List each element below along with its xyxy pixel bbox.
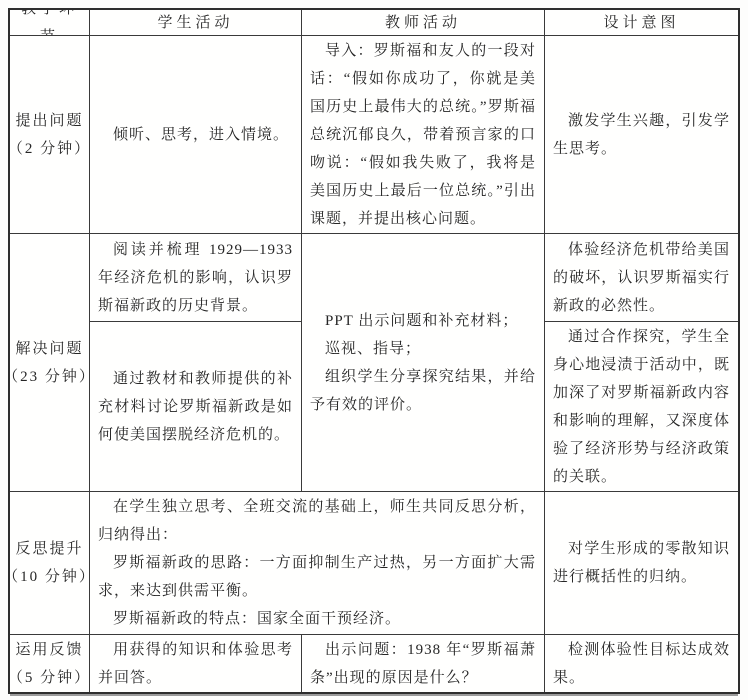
row2-stage-name: 解决问题: [15, 335, 83, 363]
row2-design-text-bottom: 通过合作探究，学生全身心地浸渍于活动中，既加深了对罗斯福新政内容和影响的理解，又…: [553, 323, 730, 491]
row1-design-text: 激发学生兴趣，引发学生思考。: [553, 107, 730, 163]
row2-teacher-text-3: 组织学生分享探究结果，并给予有效的评价。: [310, 363, 536, 419]
row2-design-cell-bottom: 通过合作探究，学生全身心地浸渍于活动中，既加深了对罗斯福新政内容和影响的理解，又…: [545, 322, 738, 492]
row1-design-cell: 激发学生兴趣，引发学生思考。: [545, 36, 738, 234]
row3-design-text: 对学生形成的零散知识进行概括性的归纳。: [553, 535, 730, 591]
row1-teacher-text: 导入：罗斯福和友人的一段对话：“假如你成功了，你就是美国历史上最伟大的总统。”罗…: [310, 37, 536, 233]
row1-stage-name: 提出问题: [15, 107, 83, 135]
row4-design-text: 检测体验性目标达成效果。: [553, 636, 730, 692]
row2-student-cell-bottom: 通过教材和教师提供的补充材料讨论罗斯福新政是如何使美国摆脱经济危机的。: [90, 322, 302, 492]
header-design-intent-label: 设计意图: [603, 10, 679, 36]
header-teacher-activity: 教师活动: [302, 10, 545, 36]
row3-merged-activity-cell: 在学生独立思考、全班交流的基础上，师生共同反思分析，归纳得出： 罗斯福新政的思路…: [90, 492, 545, 635]
row3-stage-name: 反思提升: [15, 535, 83, 563]
header-teacher-activity-label: 教师活动: [385, 10, 461, 36]
header-stage: 教学环节: [10, 10, 90, 36]
row4-teacher-text: 出示问题：1938 年“罗斯福萧条”出现的原因是什么？: [310, 636, 536, 692]
row2-teacher-cell: PPT 出示问题和补充材料； 巡视、指导； 组织学生分享探究结果，并给予有效的评…: [302, 234, 545, 492]
lesson-plan-table: 教学环节 学生活动 教师活动 设计意图 提出问题 （2 分钟） 倾听、思考，进入…: [8, 8, 740, 694]
row2-student-text-top: 阅读并梳理 1929—1933 年经济危机的影响，认识罗斯福新政的历史背景。: [98, 236, 293, 320]
row4-teacher-cell: 出示问题：1938 年“罗斯福萧条”出现的原因是什么？: [302, 635, 545, 692]
row2-stage-time: （23 分钟）: [10, 363, 90, 391]
row1-teacher-cell: 导入：罗斯福和友人的一段对话：“假如你成功了，你就是美国历史上最伟大的总统。”罗…: [302, 36, 545, 234]
row4-stage-cell: 运用反馈 （5 分钟）: [10, 635, 90, 692]
row3-design-cell: 对学生形成的零散知识进行概括性的归纳。: [545, 492, 738, 635]
row1-stage-cell: 提出问题 （2 分钟）: [10, 36, 90, 234]
row4-student-text: 用获得的知识和体验思考并回答。: [98, 636, 293, 692]
row3-stage-time: （10 分钟）: [10, 563, 90, 591]
row2-design-text-top: 体验经济危机带给美国的破坏，认识罗斯福实行新政的必然性。: [553, 236, 730, 320]
row4-design-cell: 检测体验性目标达成效果。: [545, 635, 738, 692]
row2-stage-cell: 解决问题 （23 分钟）: [10, 234, 90, 492]
row2-student-text-bottom: 通过教材和教师提供的补充材料讨论罗斯福新政是如何使美国摆脱经济危机的。: [98, 365, 293, 449]
row2-student-cell-top: 阅读并梳理 1929—1933 年经济危机的影响，认识罗斯福新政的历史背景。: [90, 234, 302, 322]
row4-stage-time: （5 分钟）: [10, 664, 90, 692]
row1-student-cell: 倾听、思考，进入情境。: [90, 36, 302, 234]
row3-stage-cell: 反思提升 （10 分钟）: [10, 492, 90, 635]
row2-teacher-text-2: 巡视、指导；: [310, 335, 536, 363]
row3-merged-text-2: 罗斯福新政的思路：一方面抑制生产过热，另一方面扩大需求，来达到供需平衡。: [98, 549, 536, 605]
row3-merged-text-1: 在学生独立思考、全班交流的基础上，师生共同反思分析，归纳得出：: [98, 493, 536, 549]
header-design-intent: 设计意图: [545, 10, 738, 36]
row2-teacher-text-1: PPT 出示问题和补充材料；: [310, 307, 536, 335]
header-student-activity-label: 学生活动: [157, 10, 233, 36]
row1-student-text: 倾听、思考，进入情境。: [98, 121, 293, 149]
row1-stage-time: （2 分钟）: [10, 135, 90, 163]
row3-merged-text-3: 罗斯福新政的特点：国家全面干预经济。: [98, 605, 536, 633]
row4-stage-name: 运用反馈: [15, 636, 83, 664]
header-stage-label: 教学环节: [12, 10, 87, 36]
row4-student-cell: 用获得的知识和体验思考并回答。: [90, 635, 302, 692]
row2-design-cell-top: 体验经济危机带给美国的破坏，认识罗斯福实行新政的必然性。: [545, 234, 738, 322]
header-student-activity: 学生活动: [90, 10, 302, 36]
